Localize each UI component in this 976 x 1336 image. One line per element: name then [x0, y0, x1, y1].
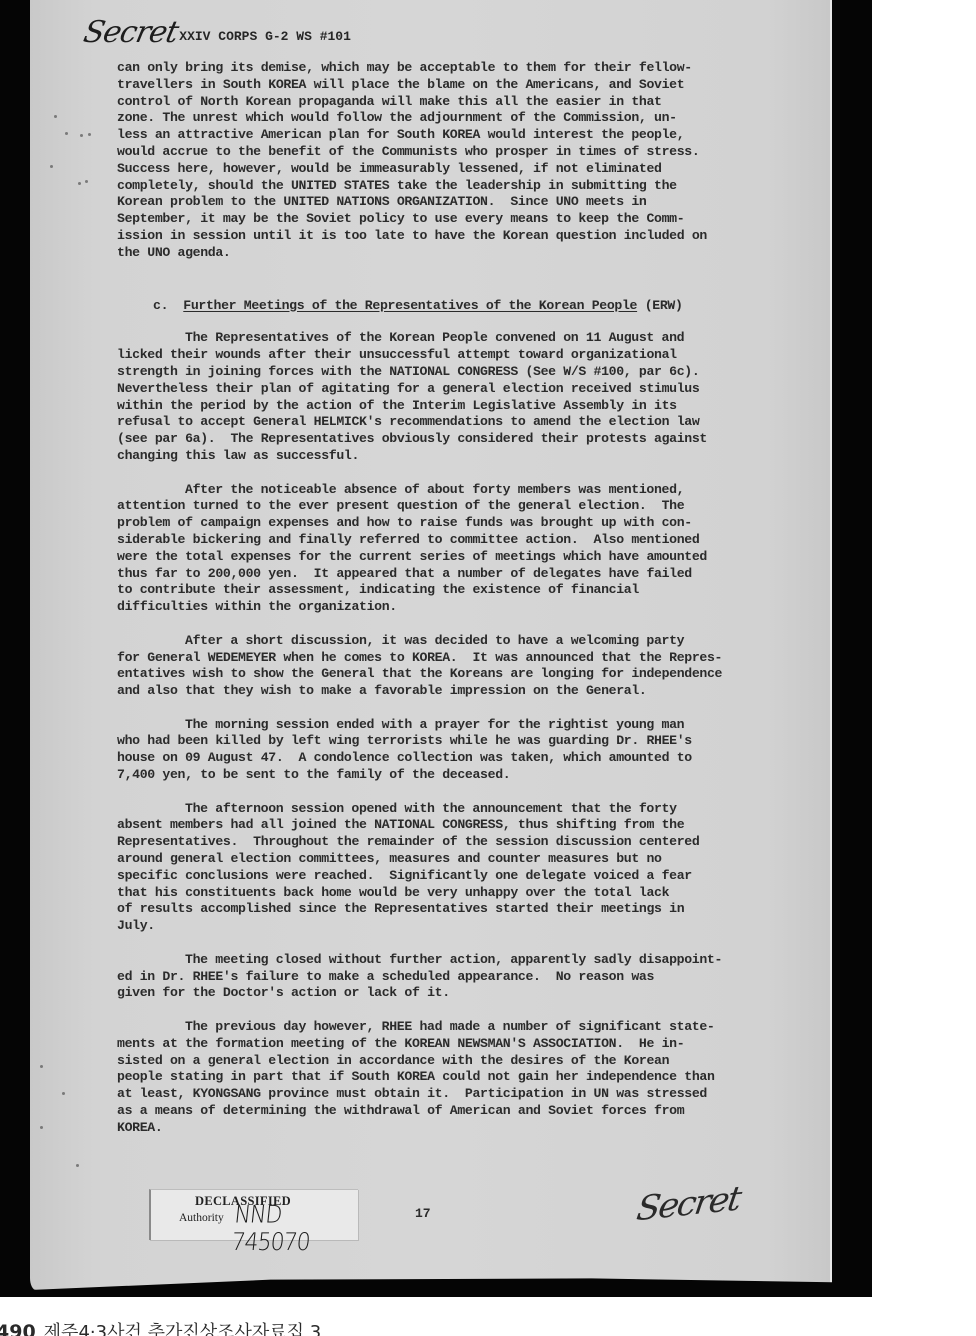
stamp-authority-number: NND 745070: [230, 1202, 361, 1257]
paragraph-text: The Representatives of the Korean People…: [117, 330, 707, 463]
declassified-stamp: DECLASSIFIED Authority NND 745070: [149, 1189, 358, 1240]
paragraph-1: The Representatives of the Korean People…: [117, 330, 797, 464]
paragraph-2: After the noticeable absence of about fo…: [117, 482, 797, 616]
page-number: 17: [415, 1206, 431, 1221]
paragraph-7: The previous day however, RHEE had made …: [117, 1019, 797, 1137]
secret-signature: Secret: [81, 18, 181, 48]
book-page-number: 490: [0, 1321, 36, 1336]
document-page: Secret XXIV CORPS G-2 WS #101 can only b…: [30, 0, 832, 1290]
section-initials: (ERW): [645, 298, 683, 313]
paragraph-text: The morning session ended with a prayer …: [117, 717, 692, 782]
paragraph-3: After a short discussion, it was decided…: [117, 633, 797, 700]
paragraph-text: The previous day however, RHEE had made …: [117, 1019, 715, 1135]
book-title: 제주4·3사건 추가진상조사자료집 3: [44, 1318, 322, 1336]
paragraph-text: After a short discussion, it was decided…: [117, 633, 722, 698]
section-title: Further Meetings of the Representatives …: [183, 298, 637, 313]
paragraph-text: After the noticeable absence of about fo…: [117, 482, 707, 615]
paragraph-intro: can only bring its demise, which may be …: [117, 60, 797, 262]
book-footer: 490 제주4·3사건 추가진상조사자료집 3: [0, 1318, 321, 1336]
paragraph-text: The meeting closed without further actio…: [117, 952, 722, 1001]
document-header: Secret XXIV CORPS G-2 WS #101: [84, 18, 351, 48]
footer-secret-signature: Secret: [634, 1179, 742, 1229]
section-marker: c.: [153, 298, 168, 313]
paragraph-4: The morning session ended with a prayer …: [117, 717, 797, 784]
paragraph-text: The afternoon session opened with the an…: [117, 801, 699, 934]
paragraph-6: The meeting closed without further actio…: [117, 952, 797, 1002]
paragraph-5: The afternoon session opened with the an…: [117, 801, 797, 935]
document-reference: XXIV CORPS G-2 WS #101: [179, 29, 351, 48]
section-heading: c. Further Meetings of the Representativ…: [117, 298, 797, 315]
document-body: can only bring its demise, which may be …: [117, 60, 797, 1137]
stamp-authority-label: Authority: [179, 1212, 224, 1224]
